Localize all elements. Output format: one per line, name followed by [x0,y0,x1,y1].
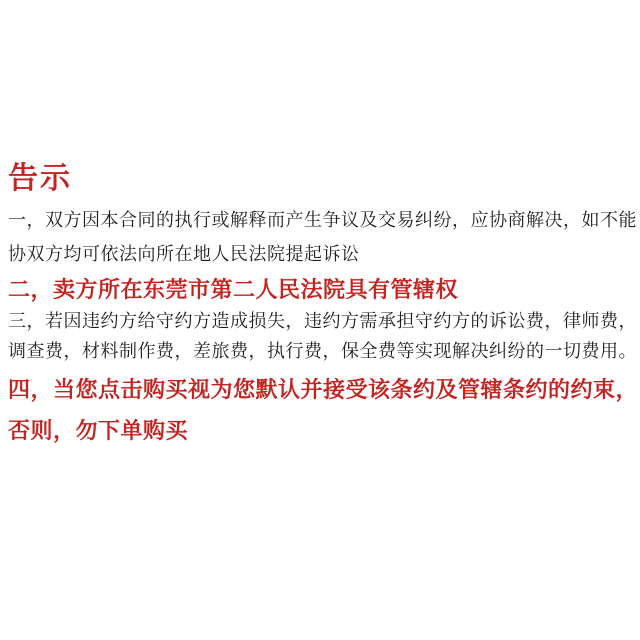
notice-line: 三，若因违约方给守约方造成损失，违约方需承担守约方的诉讼费，律师费， [8,313,637,331]
notice-line: 调查费，材料制作费，差旅费，执行费，保全费等实现解决纠纷的一切费用。 [8,343,637,361]
notice-line: 一，双方因本合同的执行或解释而产生争议及交易纠纷，应协商解决，如不能 [8,212,637,230]
notice-line: 协双方均可依法向所在地人民法院提起诉讼 [8,246,360,264]
notice-line-emphasis: 二，卖方所在东莞市第二人民法院具有管辖权 [8,279,458,301]
notice-line-emphasis: 否则，勿下单购买 [8,420,188,442]
notice-title: 告示 [8,164,72,194]
notice-page: 告示 一，双方因本合同的执行或解释而产生争议及交易纠纷，应协商解决，如不能 协双… [0,0,640,640]
notice-line-emphasis: 四，当您点击购买视为您默认并接受该条约及管辖条约的约束， [8,379,638,401]
